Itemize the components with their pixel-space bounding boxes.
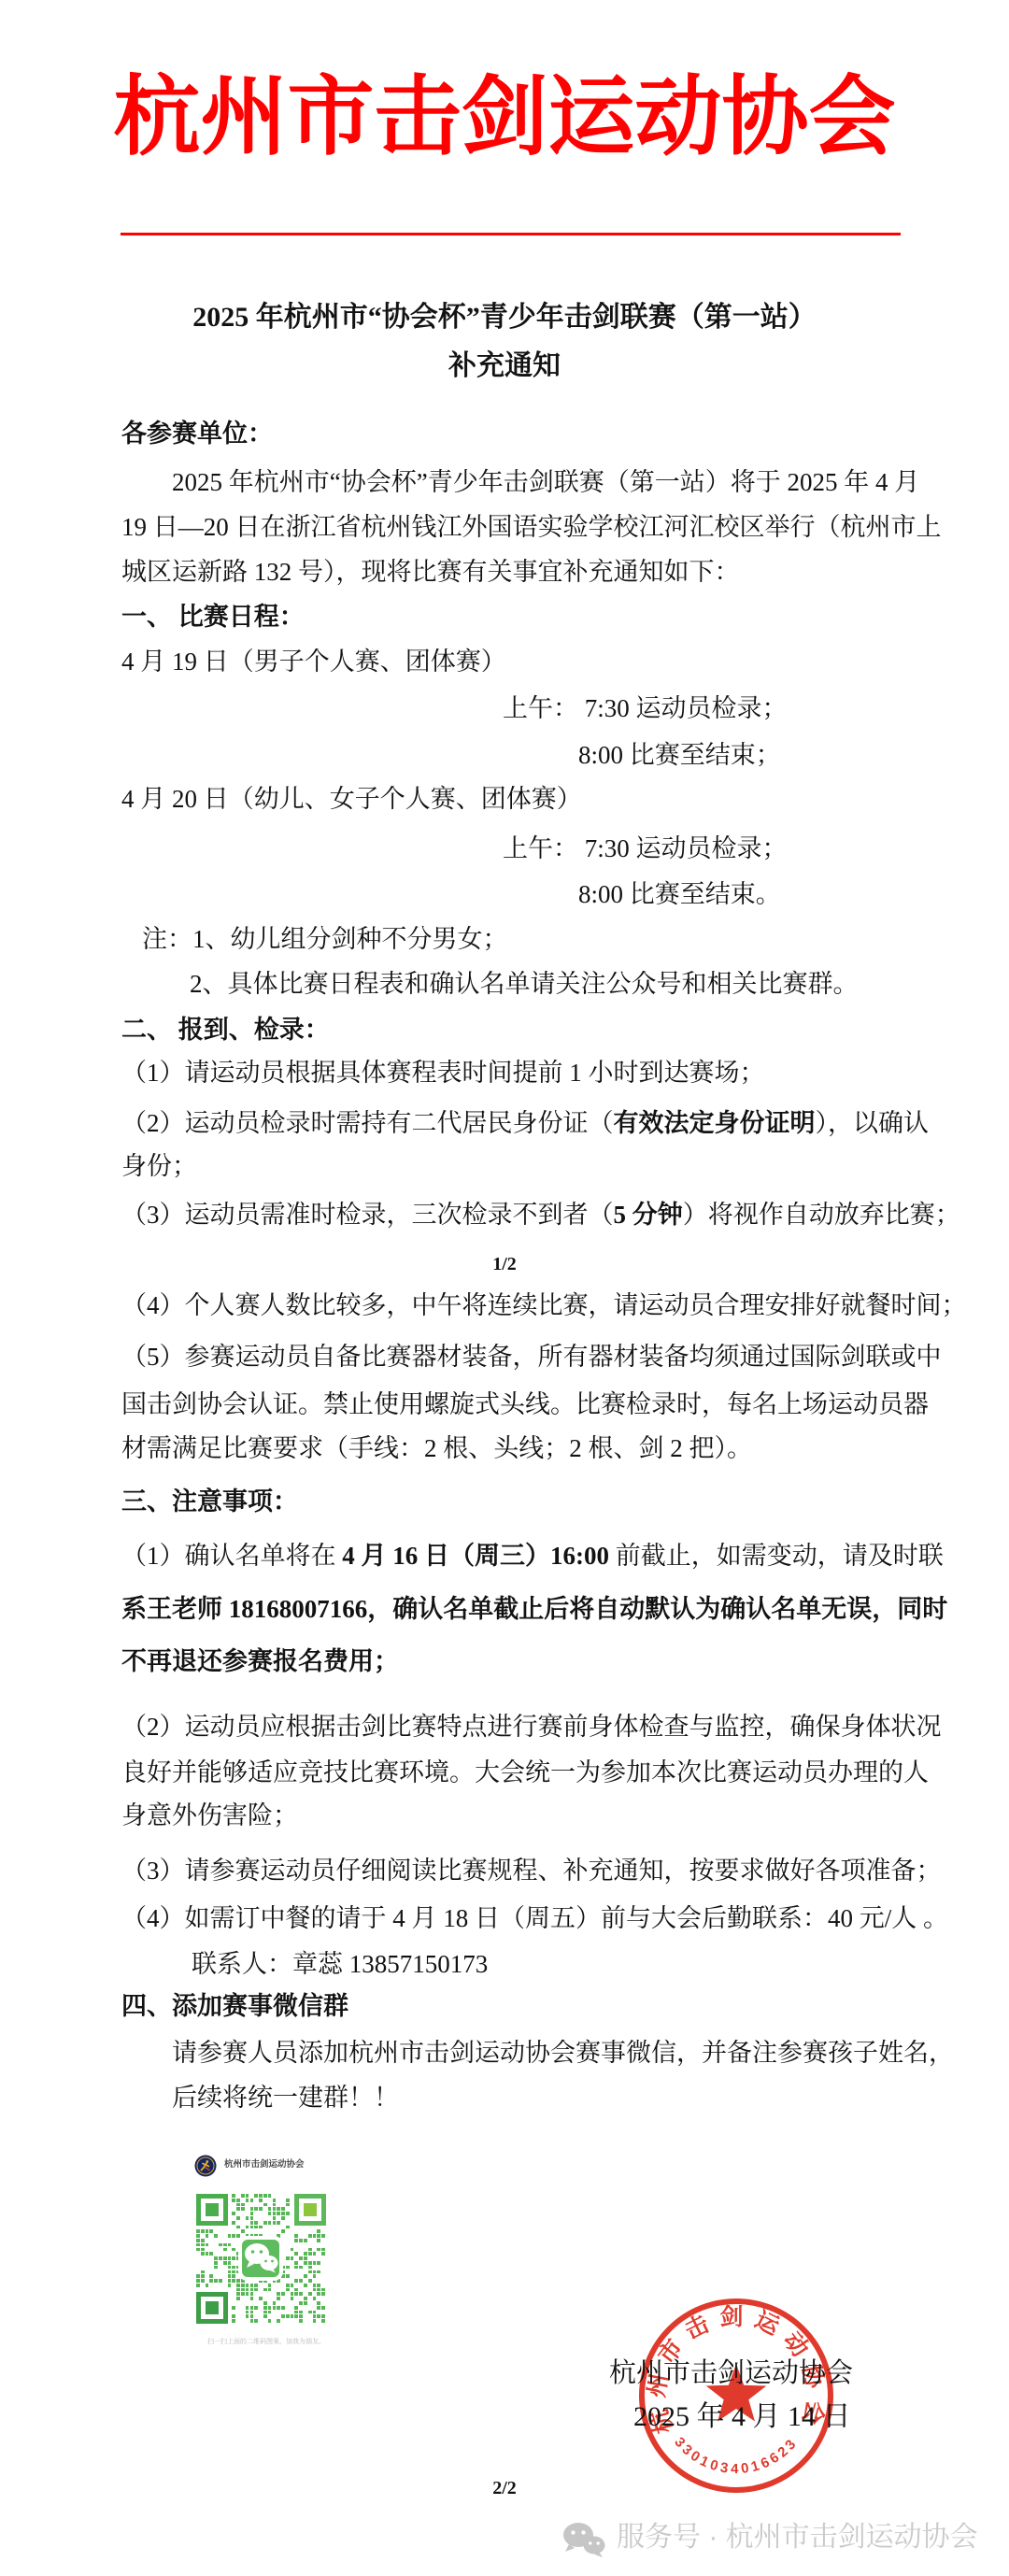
doc-line: 国击剑协会认证。禁止使用螺旋式头线。比赛检录时，每名上场运动员器	[121, 1386, 929, 1423]
doc-text: （1）确认名单将在	[121, 1542, 342, 1570]
doc-line: （5）参赛运动员自备比赛器材装备，所有器材装备均须通过国际剑联或中	[121, 1338, 942, 1375]
doc-line: 材需满足比赛要求（手线：2 根、头线；2 根、剑 2 把）。	[121, 1430, 752, 1467]
svg-text:3301034016623: 3301034016623	[671, 2434, 801, 2477]
service-account-label[interactable]: 服务号 · 杭州市击剑运动协会	[617, 2520, 978, 2555]
fencing-association-logo-icon	[194, 2155, 217, 2177]
doc-text-bold: 有效法定身份证明	[614, 1109, 816, 1137]
section-3-heading: 三、注意事项：	[121, 1483, 298, 1520]
note-line: 2、具体比赛日程表和确认名单请关注公众号和相关比赛群。	[190, 965, 859, 1003]
doc-text: ）将视作自动放弃比赛；	[683, 1201, 960, 1229]
doc-title: 2025 年杭州市“协会杯”青少年击剑联赛（第一站）	[0, 299, 1009, 336]
wechat-qr-code[interactable]	[196, 2194, 326, 2324]
section-4-heading: 四、添加赛事微信群	[121, 1987, 348, 2025]
qr-finder-icon	[294, 2194, 326, 2226]
contact-line: 联系人：章蕊 13857150173	[192, 1945, 488, 1983]
doc-line: 身份；	[121, 1147, 197, 1185]
doc-text: 前截止，如需变动，请及时联	[609, 1542, 944, 1570]
banner-divider	[121, 233, 901, 235]
doc-line: （3）请参赛运动员仔细阅读比赛规程、补充通知，按要求做好各项准备；	[121, 1852, 942, 1889]
schedule-time: 上午： 7:30 运动员检录；	[503, 830, 788, 867]
section-1-heading: 一、 比赛日程：	[121, 598, 305, 635]
doc-text: （3）运动员需准时检录，三次检录不到者（	[121, 1201, 614, 1229]
qr-caption: 扫一扫上面的二维码图案，加我为朋友。	[207, 2338, 325, 2347]
doc-line: 系王老师 18168007166，确认名单截止后将自动默认为确认名单无误，同时	[121, 1590, 947, 1628]
doc-line: （1）确认名单将在 4 月 16 日（周三）16:00 前截止，如需变动，请及时…	[121, 1537, 944, 1574]
page-marker-2: 2/2	[0, 2476, 1009, 2500]
doc-text: （2）运动员检录时需持有二代居民身份证（	[121, 1109, 614, 1137]
doc-subtitle: 补充通知	[0, 348, 1009, 385]
qr-finder-icon	[196, 2292, 228, 2324]
doc-line: （4）个人赛人数比较多，中午将连续比赛，请运动员合理安排好就餐时间；	[121, 1287, 967, 1324]
schedule-time: 8:00 比赛至结束；	[578, 736, 781, 774]
page-marker-1: 1/2	[0, 1252, 1009, 1276]
wechat-icon	[238, 2236, 283, 2281]
doc-text: ），以确认	[816, 1109, 930, 1137]
doc-text-bold: 4 月 16 日（周三）16:00	[342, 1542, 609, 1570]
doc-line: （1）请运动员根据具体赛程表时间提前 1 小时到达赛场；	[121, 1054, 765, 1091]
schedule-time: 8:00 比赛至结束。	[578, 875, 781, 913]
schedule-day1: 4 月 19 日（男子个人赛、团体赛）	[121, 643, 506, 680]
signature-date: 2025 年 4 月 14 日	[633, 2398, 851, 2436]
seal-number: 3301034016623	[671, 2434, 801, 2477]
doc-line: 后续将统一建群！！	[172, 2079, 399, 2116]
doc-line: 请参赛人员添加杭州市击剑运动协会赛事微信，并备注参赛孩子姓名，	[172, 2034, 954, 2071]
org-banner-title: 杭州市击剑运动协会	[0, 67, 1009, 170]
doc-line: 身意外伤害险；	[121, 1797, 298, 1834]
doc-line: 不再退还参赛报名费用；	[121, 1643, 399, 1680]
notice-page: { "colors":{"banner_red":"#fe0202","seal…	[0, 0, 1009, 2576]
wechat-icon	[561, 2520, 607, 2559]
section-2-heading: 二、 报到、检录：	[121, 1011, 330, 1048]
doc-line: （2）运动员应根据击剑比赛特点进行赛前身体检查与监控，确保身体状况	[121, 1708, 942, 1745]
schedule-time: 上午： 7:30 运动员检录；	[503, 690, 788, 727]
doc-line: 良好并能够适应竞技比赛环境。大会统一为参加本次比赛运动员办理的人	[121, 1754, 929, 1791]
schedule-day2: 4 月 20 日（幼儿、女子个人赛、团体赛）	[121, 780, 582, 818]
doc-line: 19 日—20 日在浙江省杭州钱江外国语实验学校江河汇校区举行（杭州市上	[121, 508, 942, 546]
doc-line: （2）运动员检录时需持有二代居民身份证（有效法定身份证明），以确认	[121, 1104, 929, 1142]
doc-line: （3）运动员需准时检录，三次检录不到者（5 分钟）将视作自动放弃比赛；	[121, 1196, 960, 1233]
doc-line: 城区运新路 132 号），现将比赛有关事宜补充通知如下：	[121, 553, 740, 591]
note-line: 注：1、幼儿组分剑种不分男女；	[142, 920, 508, 958]
doc-text-bold: 5 分钟	[614, 1201, 683, 1229]
official-seal: 杭州市击剑运动协会 3301034016623	[633, 2293, 839, 2498]
qr-finder-icon	[196, 2194, 228, 2226]
signature-org: 杭州市击剑运动协会	[609, 2355, 853, 2392]
doc-line: 2025 年杭州市“协会杯”青少年击剑联赛（第一站）将于 2025 年 4 月	[172, 463, 919, 501]
salutation: 各参赛单位：	[121, 415, 273, 452]
qr-logo-label: 杭州市击剑运动协会	[224, 2158, 305, 2171]
doc-line: （4）如需订中餐的请于 4 月 18 日（周五）前与大会后勤联系：40 元/人 …	[121, 1900, 948, 1937]
